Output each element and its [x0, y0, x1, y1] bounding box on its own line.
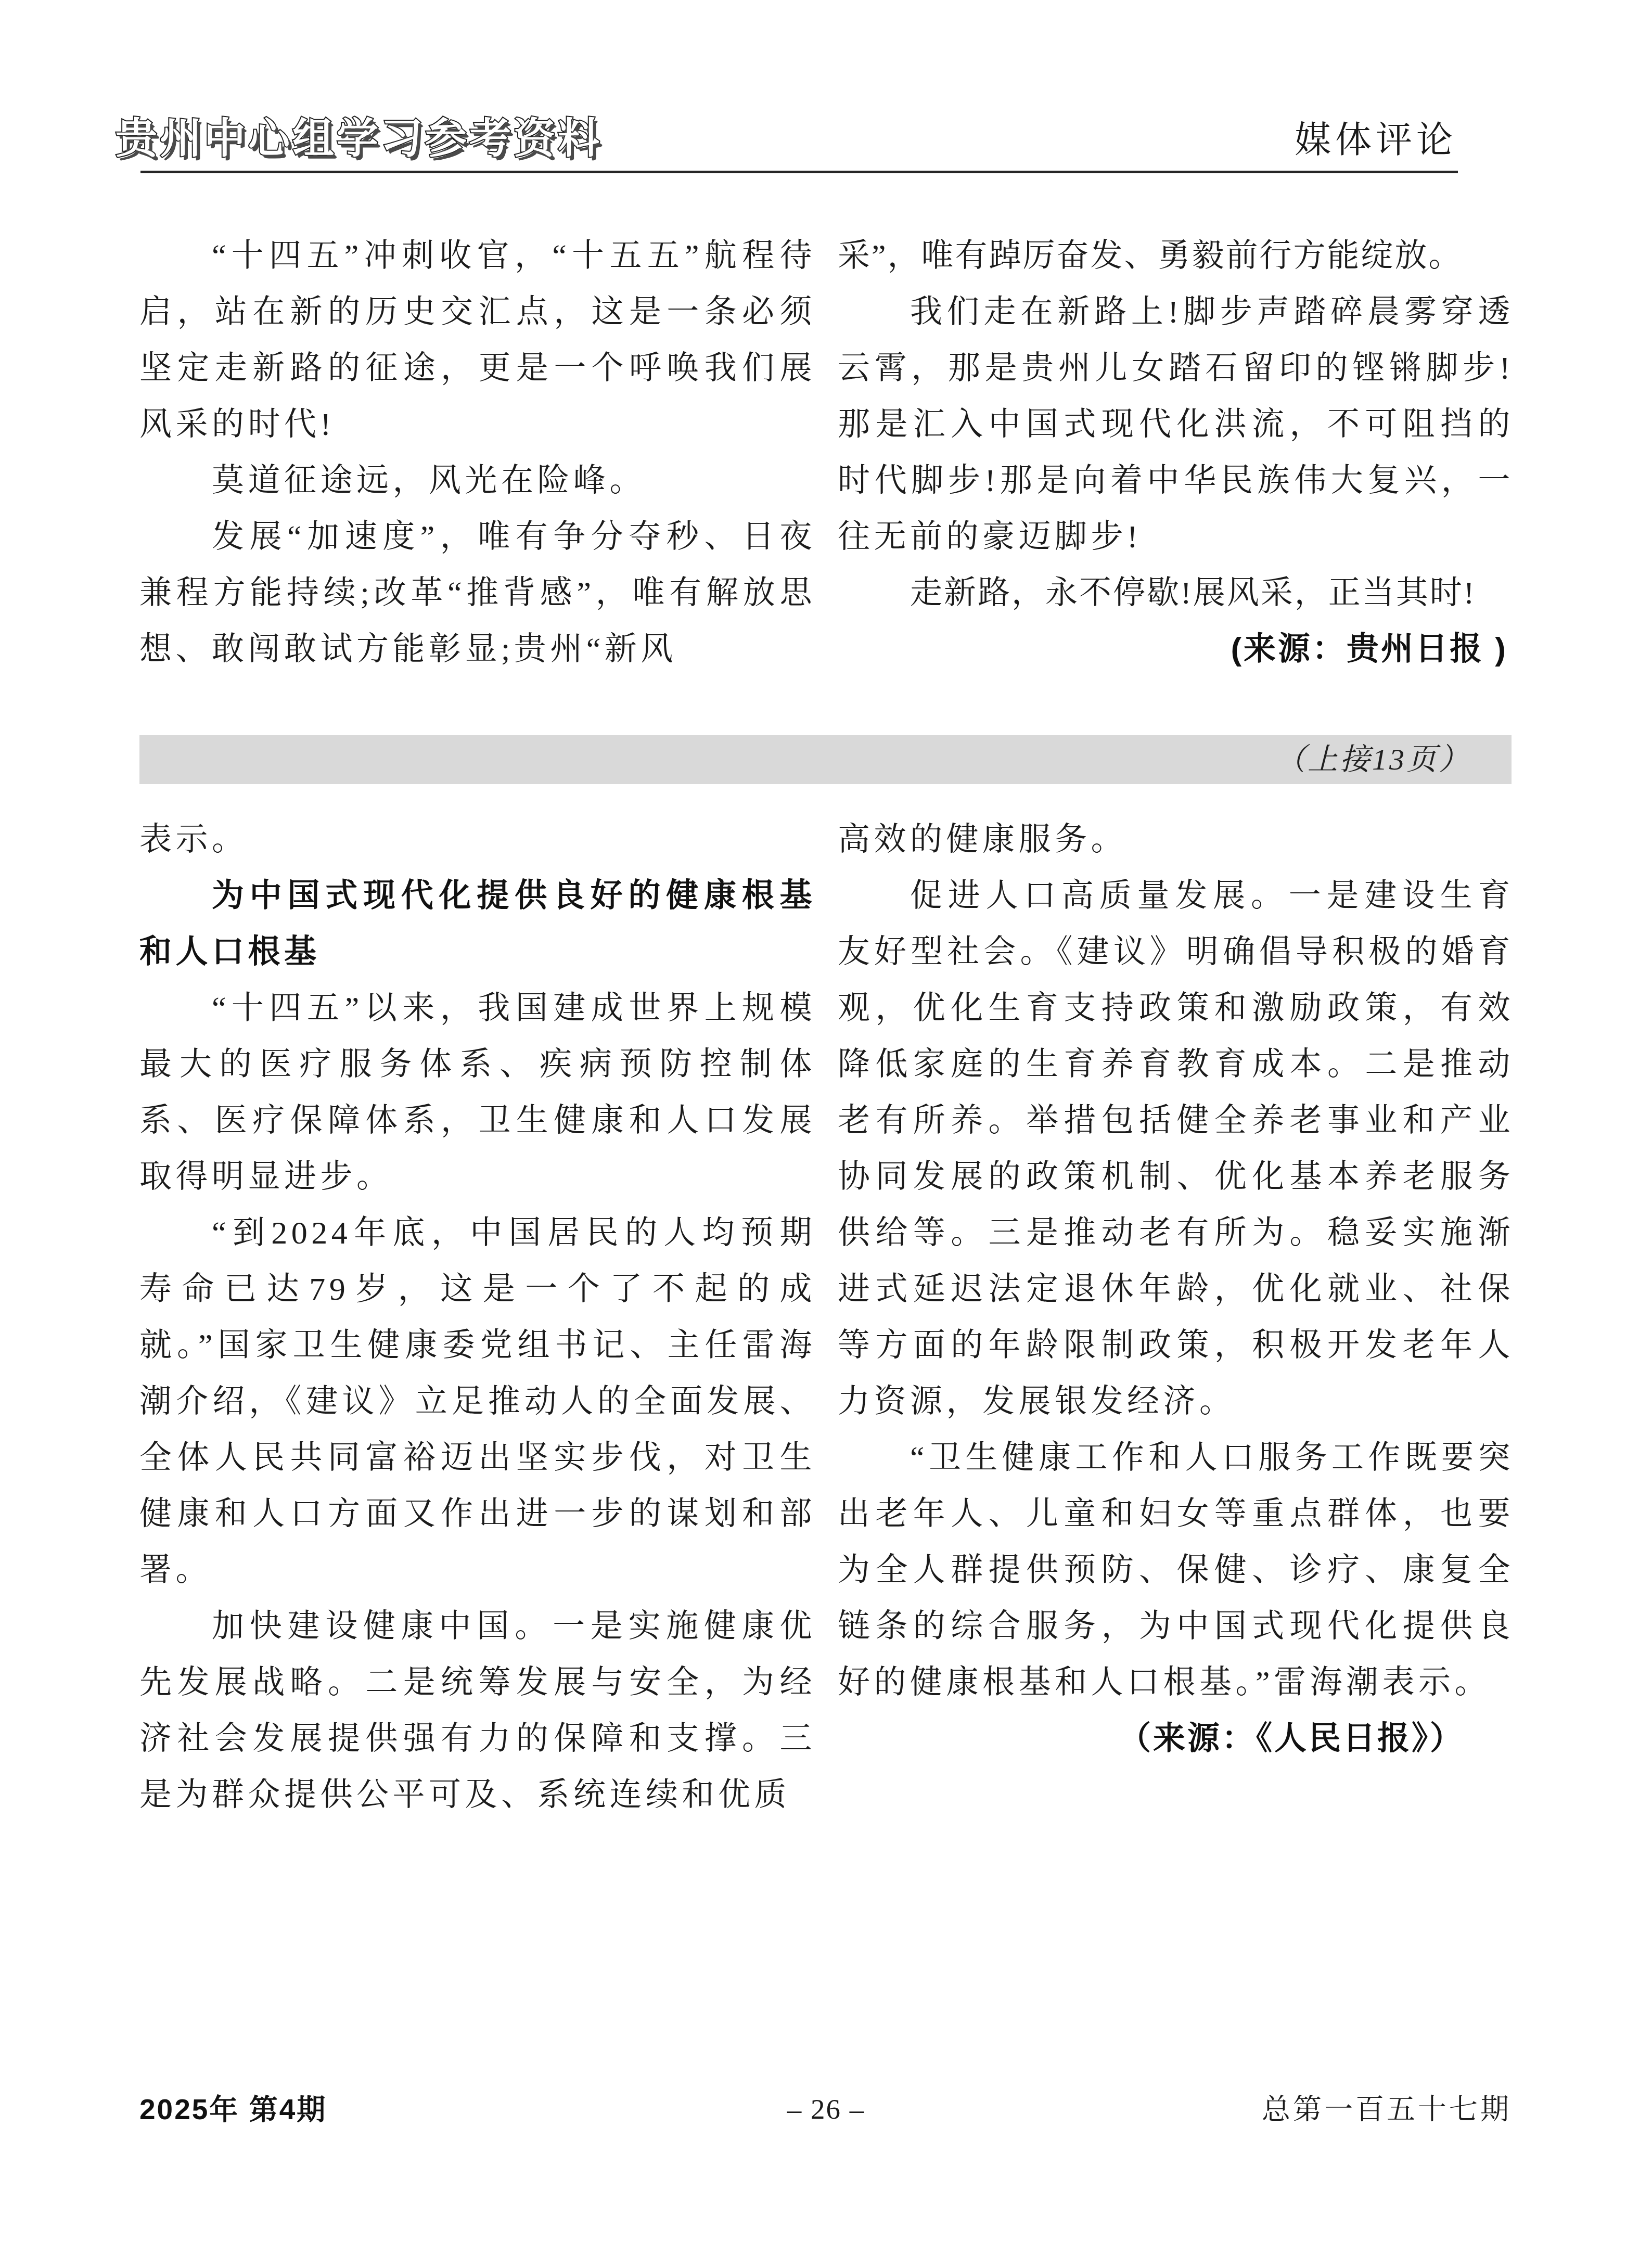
paragraph: 走新路，永不停歇!展风采，正当其时!: [838, 565, 1514, 621]
paragraph: “到2024年底，中国居民的人均预期寿命已达79岁，这是一个了不起的成就。”国家…: [139, 1205, 816, 1598]
paragraph: 表示。: [139, 812, 816, 868]
source-attribution: （来源：《人民日报》）: [838, 1711, 1514, 1767]
paragraph: “十四五”冲刺收官，“十五五”航程待启，站在新的历史交汇点，这是一条必须坚定走新…: [139, 228, 816, 453]
paragraph: 我们走在新路上!脚步声踏碎晨雾穿透云霄，那是贵州儿女踏石留印的铿锵脚步!那是汇入…: [838, 284, 1514, 565]
article2-right-column: 高效的健康服务。 促进人口高质量发展。一是建设生育友好型社会。《建议》明确倡导积…: [838, 812, 1514, 1767]
article-subheading: 为中国式现代化提供良好的健康根基和人口根基: [139, 868, 816, 980]
journal-page: 贵州中心组学习参考资料 媒体评论 “十四五”冲刺收官，“十五五”航程待启，站在新…: [0, 0, 1652, 2242]
paragraph: 发展“加速度”，唯有争分夺秒、日夜兼程方能持续;改革“推背感”，唯有解放思想、敢…: [139, 509, 816, 677]
article1-left-column: “十四五”冲刺收官，“十五五”航程待启，站在新的历史交汇点，这是一条必须坚定走新…: [139, 228, 816, 677]
paragraph: 莫道征途远，风光在险峰。: [139, 453, 816, 509]
section-label: 媒体评论: [1295, 123, 1457, 159]
article1-right-column: 采”，唯有踔厉奋发、勇毅前行方能绽放。 我们走在新路上!脚步声踏碎晨雾穿透云霄，…: [838, 228, 1514, 677]
page-footer: 2025年 第4期 – 26 – 总第一百五十七期: [0, 2093, 1652, 2129]
journal-logo: 贵州中心组学习参考资料: [116, 118, 602, 159]
paragraph: “十四五”以来，我国建成世界上规模最大的医疗服务体系、疾病预防控制体系、医疗保障…: [139, 980, 816, 1205]
continued-from-banner: （上接13页）: [139, 735, 1512, 784]
header-rule: [140, 171, 1458, 173]
paragraph: 加快建设健康中国。一是实施健康优先发展战略。二是统筹发展与安全，为经济社会发展提…: [139, 1598, 816, 1823]
paragraph: “卫生健康工作和人口服务工作既要突出老年人、儿童和妇女等重点群体，也要为全人群提…: [838, 1430, 1514, 1711]
source-attribution: (来源：贵州日报 ): [838, 621, 1514, 677]
paragraph: 促进人口高质量发展。一是建设生育友好型社会。《建议》明确倡导积极的婚育观，优化生…: [838, 868, 1514, 1430]
paragraph: 高效的健康服务。: [838, 812, 1514, 868]
article2-left-column: 表示。 为中国式现代化提供良好的健康根基和人口根基 “十四五”以来，我国建成世界…: [139, 812, 816, 1823]
footer-volume: 总第一百五十七期: [1262, 2093, 1512, 2126]
paragraph: 采”，唯有踔厉奋发、勇毅前行方能绽放。: [838, 228, 1514, 284]
